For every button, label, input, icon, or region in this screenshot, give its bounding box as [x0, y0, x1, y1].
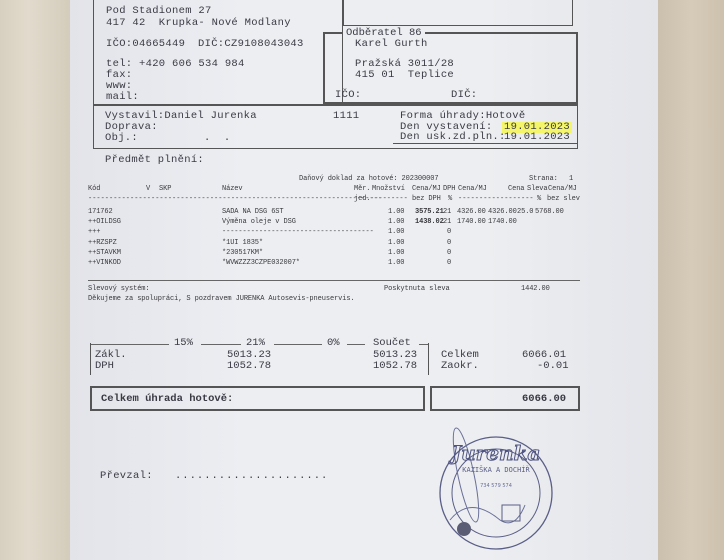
page-label: Strana: — [529, 175, 558, 183]
rounding-value: -0.01 — [537, 360, 569, 372]
supplier-ico: IČO:04665449 — [106, 39, 185, 50]
vat-21: 1052.78 — [227, 360, 271, 372]
col-price-no-vat-2: bez DPH — [412, 195, 441, 203]
col-skp: SKP — [159, 185, 171, 193]
rounding-label: Zaokr. — [441, 360, 479, 372]
item-name: ------------------------------------- — [222, 228, 374, 236]
item-code: ++STAVKM — [88, 249, 121, 257]
page-number: 1 — [569, 175, 573, 183]
col-name: Název — [222, 185, 243, 193]
svg-text:Jurenka: Jurenka — [448, 441, 541, 465]
thanks-text: Děkujeme za spolupráci, S pozdravem JURE… — [88, 295, 355, 303]
item-price-before: 5768.00 — [535, 208, 564, 216]
item-code: ++VINKOD — [88, 259, 121, 267]
grand-total-label: Celkem úhrada hotově: — [101, 393, 233, 405]
dash-prices: ------------------ — [458, 195, 534, 203]
top-right-box — [343, 0, 573, 26]
item-vat: 21 — [443, 208, 451, 216]
item-qty: 1.00 — [388, 228, 404, 236]
item-name: Výměna oleje v DSG — [222, 218, 296, 226]
col-discount-2: % — [537, 195, 541, 203]
wooden-surface-right — [658, 0, 724, 560]
col-unit: Měr. — [354, 185, 370, 193]
col-price-no-vat: Cena/MJ — [412, 185, 441, 193]
item-code: +++ — [88, 228, 100, 236]
sum-label: Součet — [373, 337, 411, 349]
col-price: Cena/MJ — [458, 185, 487, 193]
item-vat: 0 — [447, 239, 451, 247]
item-vat: 0 — [447, 228, 451, 236]
col-total: Cena — [508, 185, 524, 193]
supplier-mail: mail: — [106, 92, 139, 103]
discount-value: 1442.00 — [521, 285, 550, 293]
item-vat: 0 — [447, 249, 451, 257]
col-qty: Množství — [372, 185, 405, 193]
supplier-street: Pod Stadionem 27 — [106, 6, 212, 17]
customer-ico: IČO: — [335, 90, 361, 101]
payment-method: Forma úhrady:Hotově — [400, 111, 525, 122]
signature-line: ..................... — [175, 471, 328, 482]
svg-text:KAZIŠKA A DOCHÍŘ: KAZIŠKA A DOCHÍŘ — [462, 465, 530, 474]
item-code: ++RZSPZ — [88, 239, 117, 247]
item-name: *1UI 1835* — [222, 239, 263, 247]
customer-name: Karel Gurth — [355, 39, 428, 50]
supplier-dic: DIČ:CZ9108043043 — [198, 39, 304, 50]
issued-by: Vystavil:Daniel Jurenka — [105, 111, 257, 122]
header-dash-line: ----------------------------------------… — [88, 195, 382, 203]
summary-separator — [428, 343, 429, 375]
dash-qty: --------- — [370, 195, 408, 203]
item-total: 4326.00 — [488, 208, 517, 216]
item-price-no-vat: 3575.21 — [415, 208, 444, 216]
item-name: SADA NA DSG 6ST — [222, 208, 284, 216]
tax-rule-1 — [91, 344, 169, 345]
item-name: *WVWZZZ3CZPE032007* — [222, 259, 300, 267]
tax-rule-2 — [201, 344, 241, 345]
tax-date-label: Den usk.zd.pln.: — [400, 132, 506, 143]
col-price-before: Cena/MJ — [548, 185, 577, 193]
supplier-city: 417 42 Krupka- Nové Modlany — [106, 18, 291, 29]
vat-sum: 1052.78 — [373, 360, 417, 372]
item-code: 171762 — [88, 208, 113, 216]
col-vat-2: % — [448, 195, 452, 203]
item-qty: 1.00 — [388, 218, 404, 226]
vat-label: DPH — [95, 360, 114, 372]
item-price: 1740.00 — [457, 218, 486, 226]
tax-doc-label: Daňový doklad za hotové: 202300007 — [299, 175, 438, 183]
discount-label: Poskytnuta sleva — [384, 285, 450, 293]
issuer-code: 1111 — [333, 111, 359, 122]
tax-rule-3 — [274, 344, 322, 345]
item-qty: 1.00 — [388, 239, 404, 247]
transport: Doprava: — [105, 122, 158, 133]
tax-date: 19.01.2023 — [504, 132, 570, 143]
item-total: 1740.00 — [488, 218, 517, 226]
stamp-icon: Jurenka KAZIŠKA A DOCHÍŘ 734 579 574 — [430, 425, 560, 560]
item-vat: 0 — [447, 259, 451, 267]
item-qty: 1.00 — [388, 208, 404, 216]
rate-0: 0% — [327, 337, 340, 349]
supplier-www: www: — [106, 81, 132, 92]
col-discount: Sleva — [527, 185, 548, 193]
company-stamp: Jurenka KAZIŠKA A DOCHÍŘ 734 579 574 — [430, 425, 560, 560]
grand-total-value: 6066.00 — [522, 393, 566, 405]
wooden-surface-left — [0, 0, 70, 560]
svg-text:734 579 574: 734 579 574 — [480, 483, 512, 489]
col-vat: DPH — [443, 185, 455, 193]
col-unit-2: jed. — [354, 195, 370, 203]
tax-rule-4 — [347, 344, 365, 345]
rate-21: 21% — [246, 337, 265, 349]
col-code: Kód — [88, 185, 100, 193]
discount-system-label: Slevový systém: — [88, 285, 150, 293]
item-qty: 1.00 — [388, 249, 404, 257]
supplier-fax: fax: — [106, 70, 132, 81]
supplier-tel: tel: +420 606 534 984 — [106, 59, 245, 70]
table-bottom-rule — [88, 280, 580, 281]
col-v: V — [146, 185, 150, 193]
item-price-no-vat: 1438.02 — [415, 218, 444, 226]
item-code: ++OILDSG — [88, 218, 121, 226]
order: Obj.: . . — [105, 133, 230, 144]
customer-dic: DIČ: — [451, 90, 477, 101]
item-discount: 25.0 — [517, 208, 533, 216]
col-price-before-2: bez slev — [547, 195, 580, 203]
subject-label: Předmět plnění: — [105, 155, 204, 166]
item-vat: 21 — [443, 218, 451, 226]
item-price: 4326.00 — [457, 208, 486, 216]
customer-city: 415 01 Teplice — [355, 70, 454, 81]
rate-15: 15% — [174, 337, 193, 349]
customer-street: Pražská 3011/28 — [355, 59, 454, 70]
item-name: *230517KM* — [222, 249, 263, 257]
item-qty: 1.00 — [388, 259, 404, 267]
received-label: Převzal: — [100, 471, 153, 482]
